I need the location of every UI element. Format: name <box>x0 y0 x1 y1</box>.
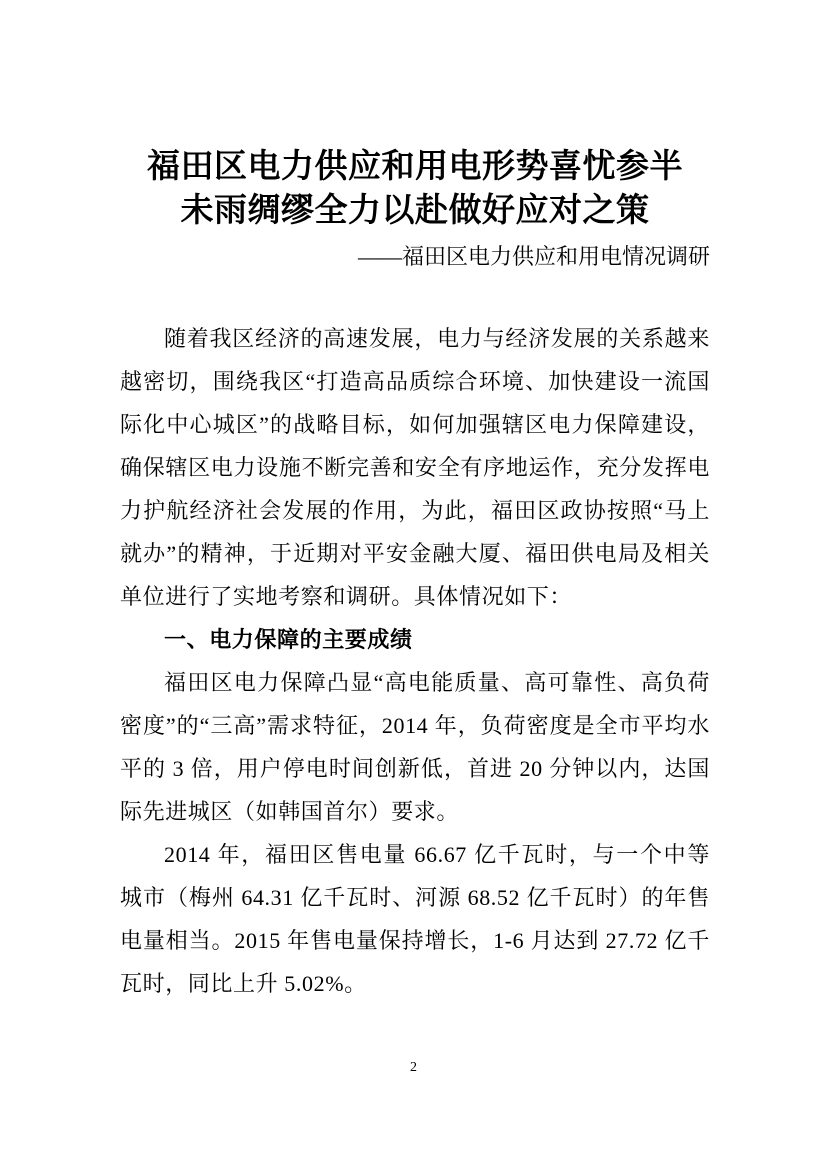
document-title-line1: 福田区电力供应和用电形势喜忧参半 <box>120 145 710 189</box>
document-title-line2: 未雨绸缪全力以赴做好应对之策 <box>120 189 710 233</box>
document-byline: ——福田区电力供应和用电情况调研 <box>120 243 710 271</box>
body-paragraph-2: 福田区电力保障凸显“高电能质量、高可靠性、高负荷密度”的“三高”需求特征，201… <box>120 661 710 833</box>
page-footer: 2 <box>0 1060 827 1076</box>
body-paragraph-1: 随着我区经济的高速发展，电力与经济发展的关系越来越密切，围绕我区“打造高品质综合… <box>120 317 710 618</box>
body-paragraph-3: 2014 年，福田区售电量 66.67 亿千瓦时，与一个中等城市（梅州 64.3… <box>120 833 710 1005</box>
document-body: 随着我区经济的高速发展，电力与经济发展的关系越来越密切，围绕我区“打造高品质综合… <box>120 317 710 1005</box>
document-page: 福田区电力供应和用电形势喜忧参半 未雨绸缪全力以赴做好应对之策 ——福田区电力供… <box>0 0 827 1169</box>
document-title: 福田区电力供应和用电形势喜忧参半 未雨绸缪全力以赴做好应对之策 <box>120 145 710 233</box>
page-number: 2 <box>410 1060 417 1075</box>
section-heading-1: 一、电力保障的主要成绩 <box>120 618 710 661</box>
